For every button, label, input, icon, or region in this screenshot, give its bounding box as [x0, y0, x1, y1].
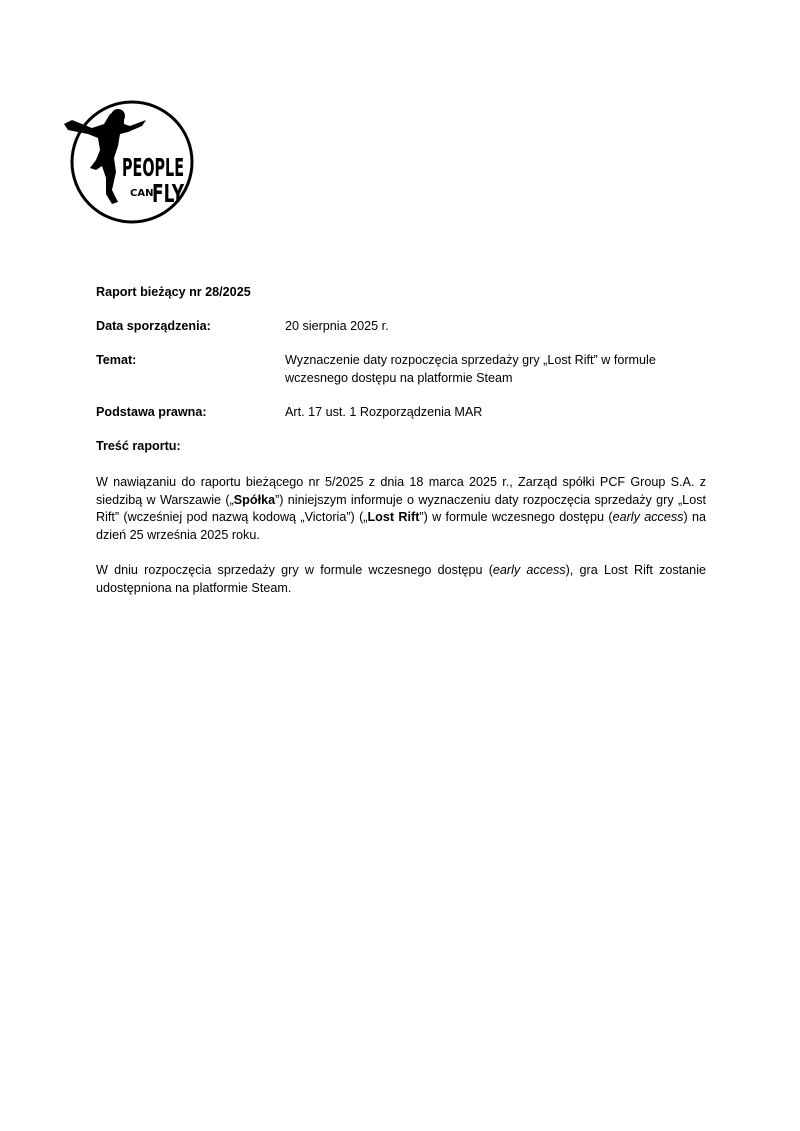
field-topic-label: Temat:: [96, 352, 286, 370]
report-title: Raport bieżący nr 28/2025: [96, 284, 251, 302]
svg-text:CAN: CAN: [130, 188, 153, 199]
field-date-label: Data sporządzenia:: [96, 318, 286, 336]
field-legal-basis-label: Podstawa prawna:: [96, 404, 286, 422]
svg-text:PEOPLE: PEOPLE: [122, 153, 184, 182]
report-paragraph-2: W dniu rozpoczęcia sprzedaży gry w formu…: [96, 562, 706, 597]
bold-term-company: Spółka: [234, 493, 275, 507]
report-paragraph-1: W nawiązaniu do raportu bieżącego nr 5/2…: [96, 474, 706, 544]
italic-term-early-access: early access: [493, 563, 566, 577]
field-legal-basis-value: Art. 17 ust. 1 Rozporządzenia MAR: [285, 404, 705, 422]
field-date-value: 20 sierpnia 2025 r.: [285, 318, 705, 336]
svg-text:FLY: FLY: [152, 179, 185, 208]
company-logo: PEOPLE CAN FLY: [62, 98, 194, 226]
field-topic-value: Wyznaczenie daty rozpoczęcia sprzedaży g…: [285, 352, 705, 387]
text-segment: ”) w formule wczesnego dostępu (: [419, 510, 612, 524]
italic-term-early-access: early access: [613, 510, 684, 524]
people-can-fly-logo-icon: PEOPLE CAN FLY: [62, 98, 194, 226]
bold-term-lost-rift: Lost Rift: [367, 510, 419, 524]
text-segment: W dniu rozpoczęcia sprzedaży gry w formu…: [96, 563, 493, 577]
content-title: Treść raportu:: [96, 438, 181, 456]
